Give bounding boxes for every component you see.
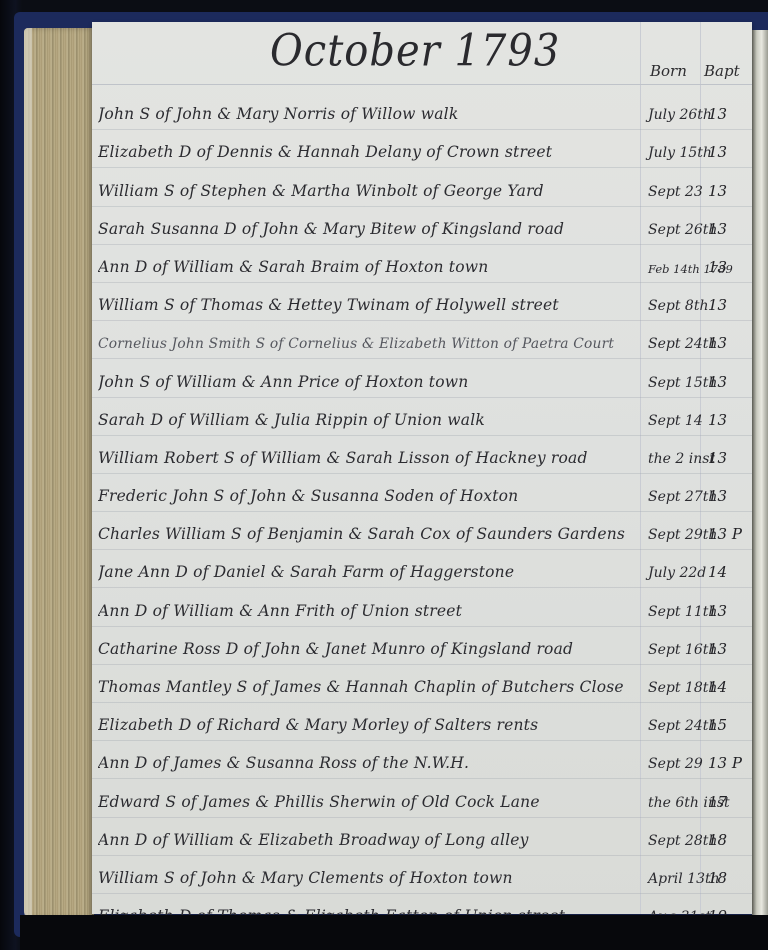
entry-born: Sept 27th bbox=[648, 489, 706, 505]
register-entry: Jane Ann D of Daniel & Sarah Farm of Hag… bbox=[92, 550, 752, 588]
entry-text: Thomas Mantley S of James & Hannah Chapl… bbox=[98, 678, 633, 696]
entry-born: July 26th bbox=[648, 107, 706, 123]
entry-born: Sept 26th bbox=[648, 222, 706, 238]
entry-text: Edward S of James & Phillis Sherwin of O… bbox=[98, 793, 633, 811]
register-entry: Thomas Mantley S of James & Hannah Chapl… bbox=[92, 665, 752, 703]
page-title: October 1793 bbox=[270, 26, 560, 77]
entry-baptized: 18 bbox=[708, 869, 748, 887]
entry-baptized: 13 bbox=[708, 296, 748, 314]
entry-born: Sept 28th bbox=[648, 833, 706, 849]
register-entry: Ann D of William & Sarah Braim of Hoxton… bbox=[92, 245, 752, 283]
entry-baptized: 13 P bbox=[708, 754, 748, 772]
register-entry: William S of Stephen & Martha Winbolt of… bbox=[92, 168, 752, 206]
entry-born: Sept 18th bbox=[648, 680, 706, 696]
entry-born: Feb 14th 1789 bbox=[648, 262, 706, 276]
register-entry: Elizabeth D of Dennis & Hannah Delany of… bbox=[92, 130, 752, 168]
register-entry: Elizabeth D of Richard & Mary Morley of … bbox=[92, 703, 752, 741]
entry-text: Elizabeth D of Richard & Mary Morley of … bbox=[98, 716, 633, 734]
entry-born: Sept 24th bbox=[648, 718, 706, 734]
entry-text: Elizabeth D of Dennis & Hannah Delany of… bbox=[98, 143, 633, 161]
register-entry: John S of William & Ann Price of Hoxton … bbox=[92, 359, 752, 397]
entry-text: Sarah D of William & Julia Rippin of Uni… bbox=[98, 411, 633, 429]
entry-baptized: 13 P bbox=[708, 525, 748, 543]
entry-born: April 13th bbox=[648, 871, 706, 887]
entry-baptized: 17 bbox=[708, 793, 748, 811]
entry-born: Sept 29th bbox=[648, 527, 706, 543]
entry-text: Cornelius John Smith S of Cornelius & El… bbox=[98, 336, 633, 352]
entry-text: Frederic John S of John & Susanna Soden … bbox=[98, 487, 633, 505]
entry-baptized: 13 bbox=[708, 373, 748, 391]
entry-born: the 2 inst bbox=[648, 451, 706, 467]
entry-born: Sept 15th bbox=[648, 375, 706, 391]
entry-born: the 6th inst bbox=[648, 795, 706, 811]
entry-text: John S of William & Ann Price of Hoxton … bbox=[98, 373, 633, 391]
entry-text: John S of John & Mary Norris of Willow w… bbox=[98, 105, 633, 123]
page-right-edge bbox=[752, 30, 768, 915]
register-entry: Ann D of James & Susanna Ross of the N.W… bbox=[92, 741, 752, 779]
register-entry: Frederic John S of John & Susanna Soden … bbox=[92, 474, 752, 512]
register-entry: Ann D of William & Elizabeth Broadway of… bbox=[92, 818, 752, 856]
entry-text: Ann D of William & Ann Frith of Union st… bbox=[98, 602, 633, 620]
entry-born: Sept 24th bbox=[648, 336, 706, 352]
register-page: October 1793 Born Bapt John S of John & … bbox=[92, 22, 752, 914]
entry-born: Sept 29 bbox=[648, 756, 706, 772]
entry-born: July 15th bbox=[648, 145, 706, 161]
register-entries: John S of John & Mary Norris of Willow w… bbox=[92, 92, 752, 932]
entry-text: Ann D of William & Elizabeth Broadway of… bbox=[98, 831, 633, 849]
entry-text: William S of Stephen & Martha Winbolt of… bbox=[98, 182, 633, 200]
entry-baptized: 14 bbox=[708, 563, 748, 581]
register-entry: Catharine Ross D of John & Janet Munro o… bbox=[92, 627, 752, 665]
bottom-shadow bbox=[20, 915, 768, 950]
column-header-baptized: Bapt bbox=[704, 62, 740, 80]
entry-text: Ann D of James & Susanna Ross of the N.W… bbox=[98, 754, 633, 772]
entry-born: Sept 14 bbox=[648, 413, 706, 429]
entry-born: Sept 16th bbox=[648, 642, 706, 658]
entry-text: Sarah Susanna D of John & Mary Bitew of … bbox=[98, 220, 633, 238]
entry-baptized: 13 bbox=[708, 411, 748, 429]
entry-baptized: 13 bbox=[708, 640, 748, 658]
register-entry: William S of John & Mary Clements of Hox… bbox=[92, 856, 752, 894]
entry-text: Ann D of William & Sarah Braim of Hoxton… bbox=[98, 258, 633, 276]
register-entry: Charles William S of Benjamin & Sarah Co… bbox=[92, 512, 752, 550]
register-entry: Sarah Susanna D of John & Mary Bitew of … bbox=[92, 207, 752, 245]
entry-baptized: 15 bbox=[708, 716, 748, 734]
entry-baptized: 13 bbox=[708, 182, 748, 200]
entry-baptized: 13 bbox=[708, 220, 748, 238]
register-entry: John S of John & Mary Norris of Willow w… bbox=[92, 92, 752, 130]
entry-baptized: 18 bbox=[708, 831, 748, 849]
register-entry: Ann D of William & Ann Frith of Union st… bbox=[92, 588, 752, 626]
register-entry: Sarah D of William & Julia Rippin of Uni… bbox=[92, 398, 752, 436]
register-entry: Cornelius John Smith S of Cornelius & El… bbox=[92, 321, 752, 359]
entry-born: Sept 11th bbox=[648, 604, 706, 620]
page-edges bbox=[24, 28, 94, 918]
entry-baptized: 13 bbox=[708, 334, 748, 352]
column-header-born: Born bbox=[650, 62, 687, 80]
entry-born: Sept 23 bbox=[648, 184, 706, 200]
entry-baptized: 13 bbox=[708, 487, 748, 505]
entry-baptized: 13 bbox=[708, 105, 748, 123]
entry-baptized: 13 bbox=[708, 143, 748, 161]
register-entry: William S of Thomas & Hettey Twinam of H… bbox=[92, 283, 752, 321]
entry-text: William Robert S of William & Sarah Liss… bbox=[98, 449, 633, 467]
entry-baptized: 13 bbox=[708, 258, 748, 276]
entry-text: Catharine Ross D of John & Janet Munro o… bbox=[98, 640, 633, 658]
title-rule bbox=[92, 84, 752, 85]
entry-text: Jane Ann D of Daniel & Sarah Farm of Hag… bbox=[98, 563, 633, 581]
entry-text: Charles William S of Benjamin & Sarah Co… bbox=[98, 525, 633, 543]
register-entry: Edward S of James & Phillis Sherwin of O… bbox=[92, 779, 752, 817]
entry-born: Sept 8th bbox=[648, 298, 706, 314]
entry-baptized: 13 bbox=[708, 602, 748, 620]
register-entry: William Robert S of William & Sarah Liss… bbox=[92, 436, 752, 474]
entry-baptized: 13 bbox=[708, 449, 748, 467]
entry-text: William S of John & Mary Clements of Hox… bbox=[98, 869, 633, 887]
entry-born: July 22d bbox=[648, 565, 706, 581]
entry-text: William S of Thomas & Hettey Twinam of H… bbox=[98, 296, 633, 314]
entry-baptized: 14 bbox=[708, 678, 748, 696]
